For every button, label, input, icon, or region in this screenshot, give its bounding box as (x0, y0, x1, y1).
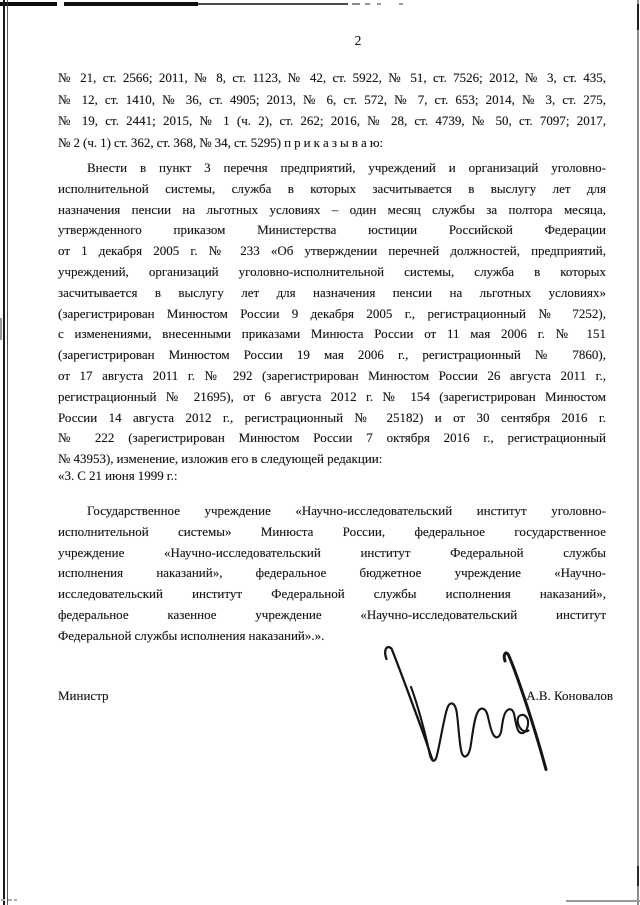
page-number: 2 (340, 33, 376, 49)
scan-artifact-right-edge (637, 866, 639, 886)
scan-artifact-right-edge (637, 0, 639, 905)
scan-artifact-top-edge (399, 3, 403, 5)
clause-3-heading: «3. С 21 июня 1999 г.: (58, 466, 606, 487)
text-line: исполнительной системы» Минюста России, … (58, 522, 606, 543)
signature-stroke (385, 647, 432, 760)
scan-artifact-top-edge (64, 2, 198, 6)
text-line: учреждение «Научно-исследовательский инс… (58, 543, 606, 564)
clause-3-body: Государственное учреждение «Научно-иссле… (58, 501, 606, 647)
text-line: утвержденного приказом Министерства юсти… (58, 220, 606, 241)
text-line: федеральное казенное учреждение «Научно-… (58, 605, 606, 626)
scan-artifact-left-edge (7, 0, 8, 905)
text-line: от 1 декабря 2005 г. № 233 «Об утвержден… (58, 241, 606, 262)
signature-scribble-icon (378, 636, 556, 782)
scan-artifact-bottom-edge (1, 899, 17, 901)
scan-artifact-top-edge (365, 3, 370, 5)
text-line: № 2 (ч. 1) ст. 362, ст. 368, № 34, ст. 5… (58, 132, 606, 154)
text-line: Внести в пункт 3 перечня предприятий, уч… (58, 158, 606, 179)
scanned-document-page: 2 № 21, ст. 2566; 2011, № 8, ст. 1123, №… (0, 0, 640, 905)
scan-artifact-left-edge (0, 318, 2, 340)
amendment-order-paragraph: Внести в пункт 3 перечня предприятий, уч… (58, 158, 606, 470)
text-line: учреждений, организаций уголовно-исполни… (58, 262, 606, 283)
text-line: № 21, ст. 2566; 2011, № 8, ст. 1123, № 4… (58, 67, 606, 89)
scan-artifact-top-edge (0, 2, 57, 6)
text-line: регистрационный № 21695), от 6 августа 2… (58, 387, 606, 408)
text-line: исполнения наказаний», федеральное бюдже… (58, 563, 606, 584)
text-line: исполнительной системы, служба в которых… (58, 179, 606, 200)
text-line: № 12, ст. 1410, № 36, ст. 4905; 2013, № … (58, 89, 606, 111)
text-line: с изменениями, внесенными приказами Миню… (58, 324, 606, 345)
scan-artifact-bottom-edge (566, 900, 640, 902)
text-line: № 19, ст. 2441; 2015, № 1 (ч. 2), ст. 26… (58, 110, 606, 132)
text-line: засчитывается в выслугу лет для назначен… (58, 283, 606, 304)
text-line: «3. С 21 июня 1999 г.: (58, 466, 606, 487)
text-line: № 222 (зарегистрирован Минюстом России 7… (58, 428, 606, 449)
text-line: (зарегистрирован Минюстом России 19 мая … (58, 345, 606, 366)
text-line: назначения пенсии на льготных условиях –… (58, 200, 606, 221)
text-line: от 17 августа 2011 г. № 292 (зарегистрир… (58, 366, 606, 387)
text-line: исследовательский институт Федеральной с… (58, 584, 606, 605)
signatory-title: Министр (58, 688, 109, 704)
citations-paragraph: № 21, ст. 2566; 2011, № 8, ст. 1123, № 4… (58, 67, 606, 154)
scan-artifact-left-edge (3, 0, 5, 905)
text-line: (зарегистрирован Минюстом России 9 декаб… (58, 304, 606, 325)
signature-stroke (411, 687, 529, 761)
scan-artifact-right-edge (637, 4, 639, 30)
scan-artifact-top-edge (352, 3, 360, 5)
text-line: России 14 августа 2012 г., регистрационн… (58, 408, 606, 429)
scan-artifact-top-edge (198, 3, 348, 5)
scan-artifact-top-edge (377, 3, 381, 5)
signature-stroke (504, 653, 546, 770)
text-line: Государственное учреждение «Научно-иссле… (58, 501, 606, 522)
